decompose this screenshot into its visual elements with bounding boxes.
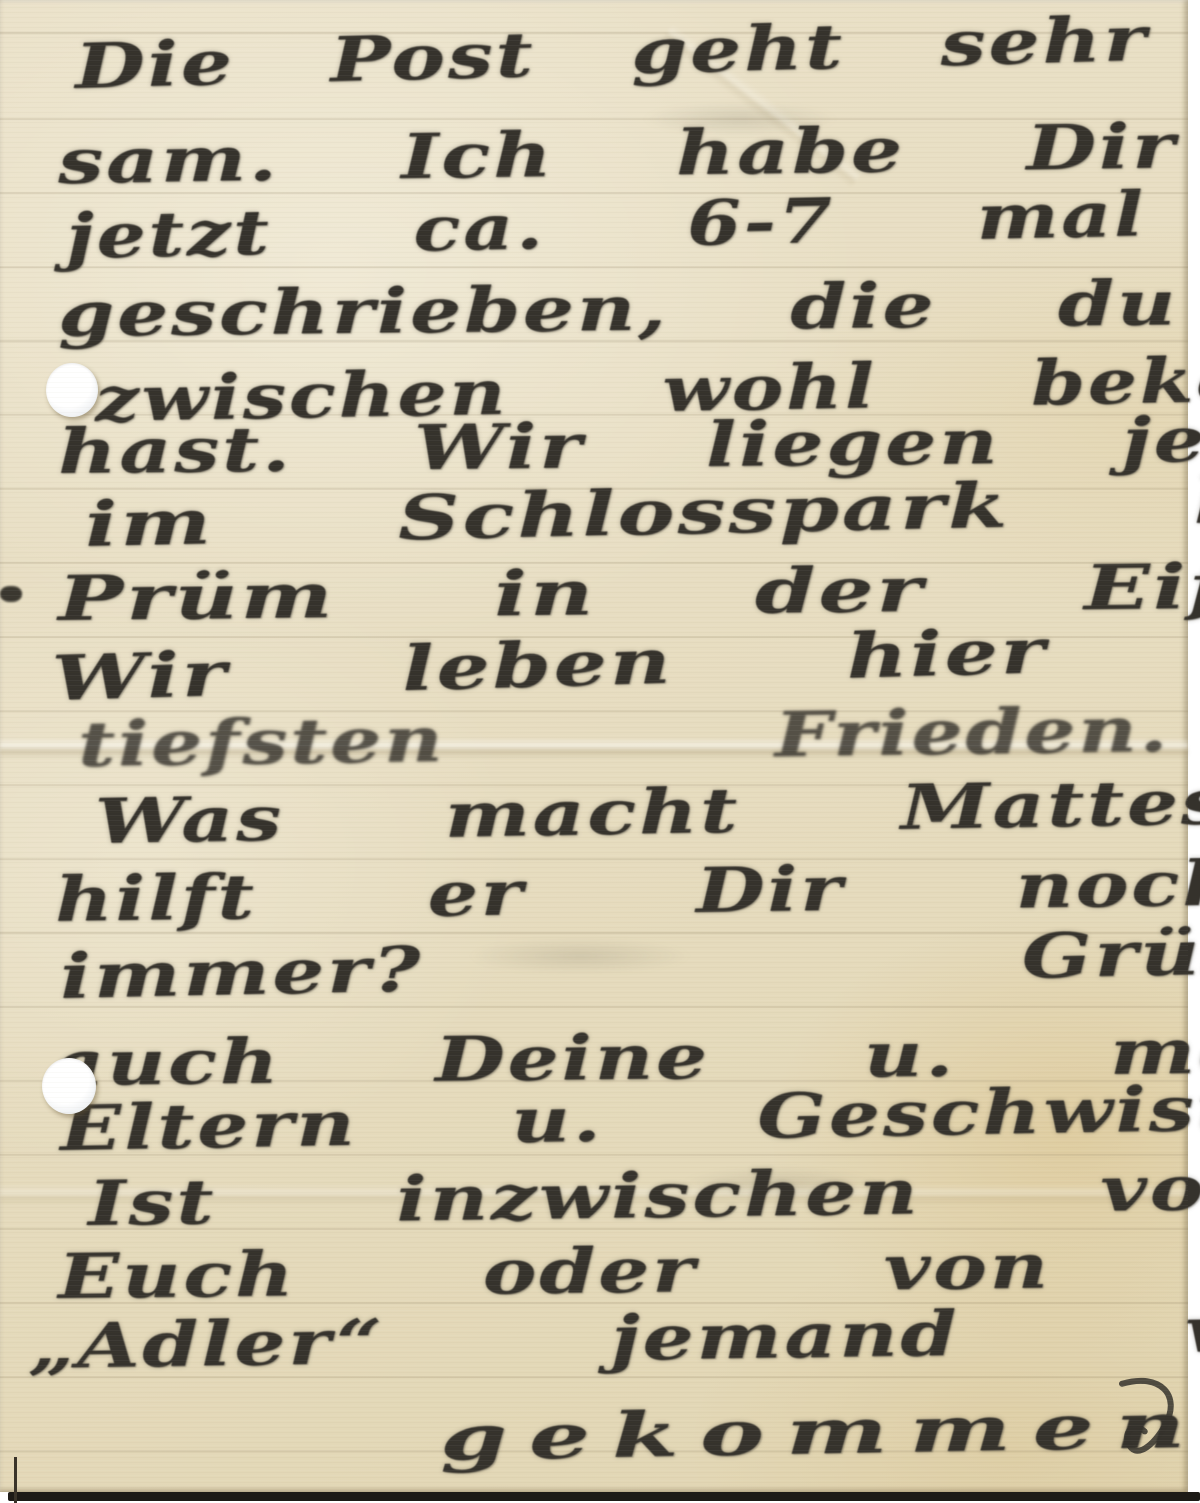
letter-line: tiefsten Frieden. (78, 696, 1171, 779)
punch-hole-top (46, 363, 98, 417)
stray-ink-mark (0, 586, 22, 602)
paper-left-edge (14, 1457, 17, 1503)
letter-line: „Adler“ jemand weg- (28, 1294, 1200, 1381)
letter-line: gekommen (439, 1392, 1200, 1474)
scanned-letter-page: Die Post geht sehr lang- sam. Ich habe D… (0, 0, 1200, 1503)
punch-hole-bottom (42, 1058, 96, 1114)
letter-line: Die Post geht sehr lang- (74, 0, 1200, 101)
paper: Die Post geht sehr lang- sam. Ich habe D… (0, 0, 1188, 1492)
letter-line: Ist inzwischen von (88, 1154, 1200, 1239)
pen-flourish (1109, 1375, 1198, 1480)
scan-bottom-edge (8, 1492, 1200, 1501)
letter-line: geschrieben, die du in- (58, 267, 1200, 350)
